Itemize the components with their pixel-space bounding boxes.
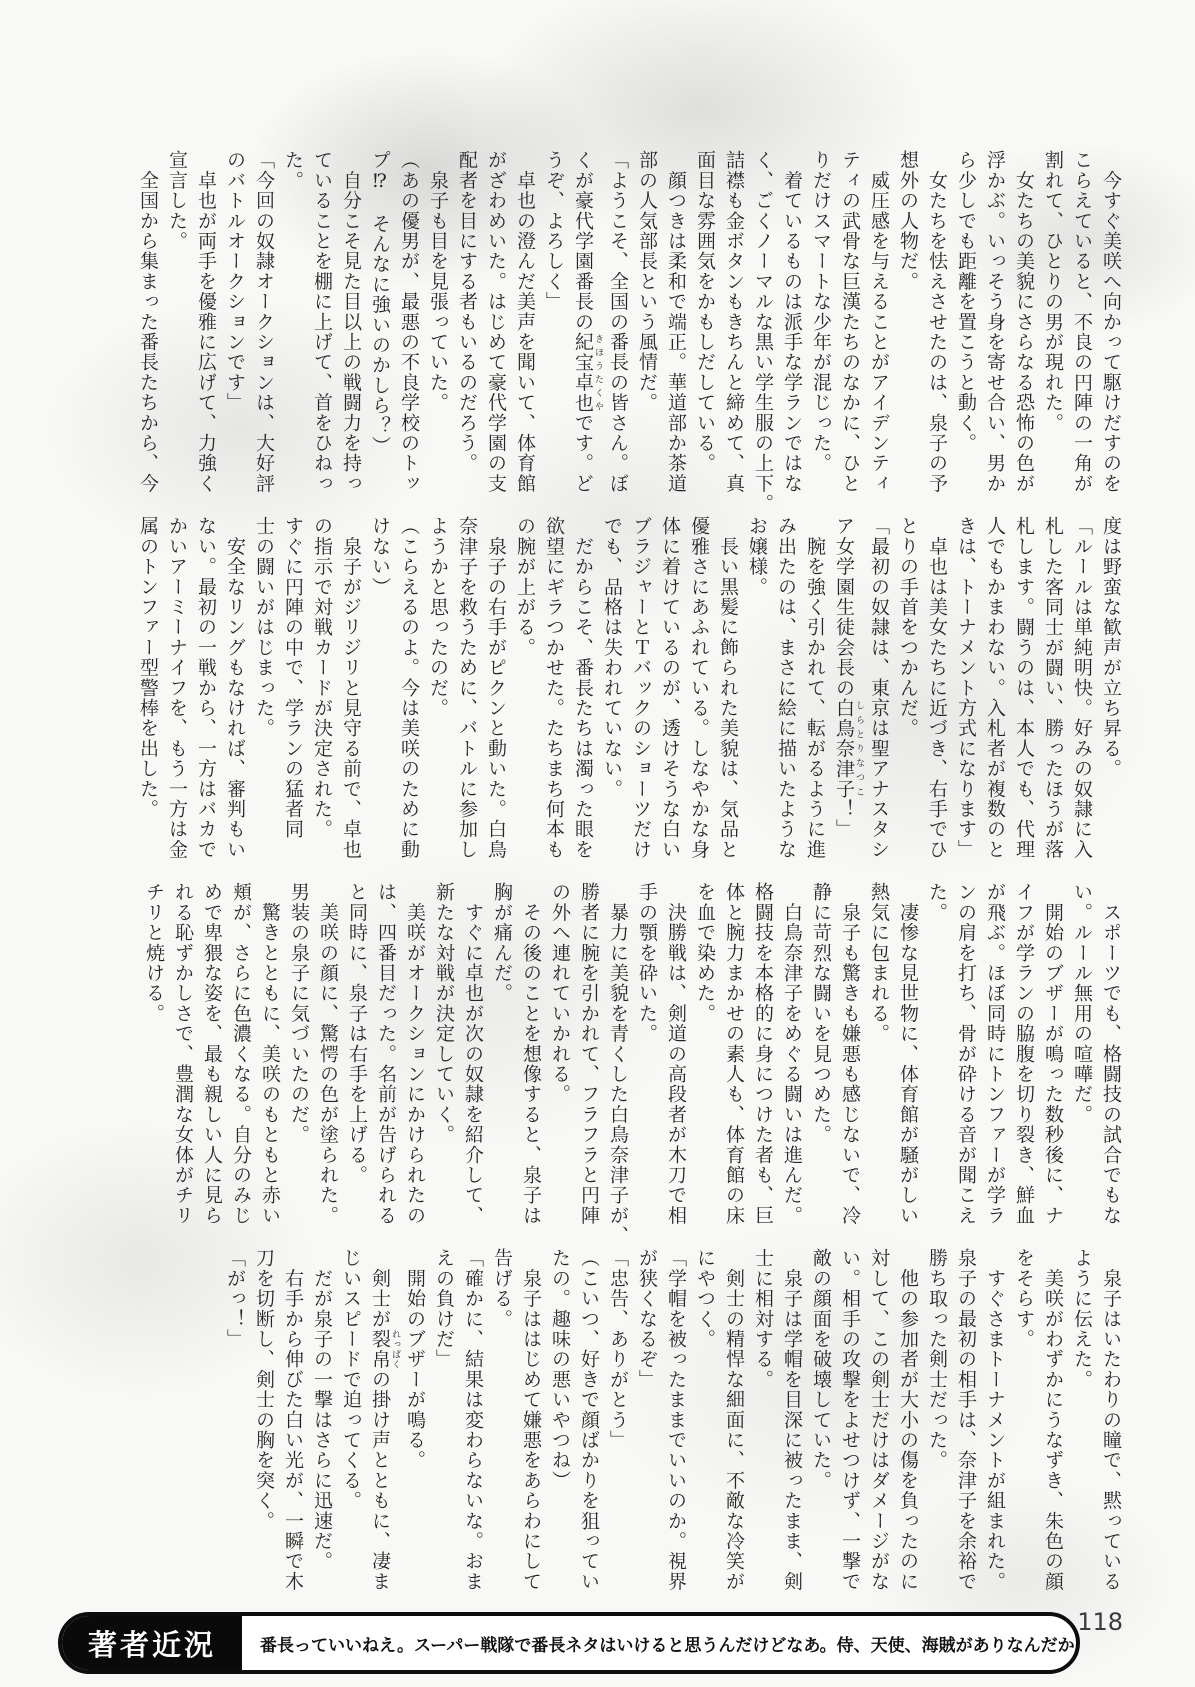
text-column: プ⁉ そんなに強いのかしら？） — [365, 150, 394, 496]
text-column: にやつく。 — [690, 1248, 719, 1594]
text-column: 人でもかまわない。入札者が複数のと — [980, 516, 1009, 862]
text-column: 割れて、ひとりの男が現れた。 — [1038, 150, 1067, 496]
text-column: 配者を目にする者もいるのだろう。 — [452, 150, 481, 496]
text-column: イフが学ランの脇腹を切り裂き、鮮血 — [1009, 882, 1038, 1228]
text-column: 「がっ！」 — [220, 1248, 249, 1594]
text-column: 欲望にギラつかせた。たちまち何本も — [539, 516, 568, 862]
text-column: 浮かぶ。いっそう身を寄せ合い、男か — [980, 150, 1009, 496]
text-column: 度は野蛮な歓声が立ち昇る。 — [1096, 516, 1125, 862]
text-column: を血で染めた。 — [690, 882, 719, 1228]
text-column: 卓也の澄んだ美声を聞いて、体育館 — [510, 150, 539, 496]
text-column: 凄惨な見世物に、体育館が騒がしい — [893, 882, 922, 1228]
text-column: 優雅さにあふれている。しなやかな身 — [684, 516, 713, 862]
text-column: の腕が上がる。 — [510, 516, 539, 862]
text-column: すぐさまトーナメントが組まれた。 — [980, 1248, 1009, 1594]
text-column: と同時に、泉子は右手を上げる。 — [342, 882, 371, 1228]
text-column: ンの肩を打ち、骨が砕ける音が聞こえ — [951, 882, 980, 1228]
text-column: い。相手の攻撃をよせつけず、一撃で — [835, 1248, 864, 1594]
text-column: は、四番目だった。名前が告げられる — [371, 882, 400, 1228]
text-column: 士に相対する。 — [748, 1248, 777, 1594]
text-column: の外へ連れていかれる。 — [545, 882, 574, 1228]
text-column: 面目な雰囲気をかもしだしている。 — [690, 150, 719, 496]
text-column: 右手から伸びた白い光が、一瞬で木 — [278, 1248, 307, 1594]
text-column: 美咲の顔に、驚愕の色が塗られた。 — [313, 882, 342, 1228]
text-column: 新たな対戦が決定していく。 — [429, 882, 458, 1228]
text-column: 泉子の右手がピクンと動いた。白鳥 — [481, 516, 510, 862]
text-column: 今すぐ美咲へ向かって駆けだすのを — [1096, 150, 1125, 496]
text-column: 剣士の精悍な細面に、不敵な冷笑が — [719, 1248, 748, 1594]
text-column: りだけスマートな少年が混じった。 — [806, 150, 835, 496]
text-column: 想外の人物だ。 — [893, 150, 922, 496]
text-column: お嬢様。 — [742, 516, 771, 862]
text-column: （こらえるのよ。今は美咲のために動 — [394, 516, 423, 862]
text-column: く、ごくノーマルな黒い学生服の上下。 — [748, 150, 777, 496]
page-number: 118 — [1077, 1608, 1123, 1636]
text-column: 美咲がわずかにうなずき、朱色の顔 — [1038, 1248, 1067, 1594]
text-column: 手の顎を砕いた。 — [632, 882, 661, 1228]
text-column: 女たちを怯えさせたのは、泉子の予 — [922, 150, 951, 496]
text-column: 札した客同士が闘い、勝ったほうが落 — [1038, 516, 1067, 862]
text-column: ブラジャーとＴバックのショーツだけ — [626, 516, 655, 862]
text-band-4: 泉子はいたわりの瞳で、黙っているように伝えた。 美咲がわずかにうなずき、朱色の顔… — [220, 1248, 1125, 1594]
text-column: 開始のブザーが鳴る。 — [400, 1248, 429, 1594]
text-column: 女たちの美貌にさらなる恐怖の色が — [1009, 150, 1038, 496]
text-column: 奈津子を救うために、バトルに参加し — [452, 516, 481, 862]
text-column: 驚きとともに、美咲のもともと赤い — [255, 882, 284, 1228]
text-column: 詰襟も金ボタンもきちんと締めて、真 — [719, 150, 748, 496]
text-column: チリと焼ける。 — [139, 882, 168, 1228]
text-column: ら少しでも距離を置こうと動く。 — [951, 150, 980, 496]
text-column: 顔つきは柔和で端正。華道部か茶道 — [661, 150, 690, 496]
text-column: 他の参加者が大小の傷を負ったのに — [893, 1248, 922, 1594]
text-column: 男装の泉子に気づいたのだ。 — [284, 882, 313, 1228]
text-column: その後のことを想像すると、泉子は — [516, 882, 545, 1228]
text-column: きは、トーナメント方式になります」 — [951, 516, 980, 862]
text-column: だが泉子の一撃はさらに迅速だ。 — [307, 1248, 336, 1594]
text-column: すぐに円陣の中で、学ランの猛者同 — [278, 516, 307, 862]
text-column: をそらす。 — [1009, 1248, 1038, 1594]
text-column: ように伝えた。 — [1067, 1248, 1096, 1594]
text-column: 勝ち取った剣士だった。 — [922, 1248, 951, 1594]
text-column: 泉子がジリジリと見守る前で、卓也 — [336, 516, 365, 862]
text-column: かいアーミーナイフを、もう一方は金 — [162, 516, 191, 862]
text-column: 刀を切断し、剣士の胸を突く。 — [249, 1248, 278, 1594]
text-column: が飛ぶ。ほぼ同時にトンファーが学ラ — [980, 882, 1009, 1228]
text-column: じいスピードで迫ってくる。 — [336, 1248, 365, 1594]
author-note-label: 著者近況 — [62, 1616, 242, 1670]
text-column: ようかと思ったのだ。 — [423, 516, 452, 862]
text-column: たの。趣味の悪いやつね） — [545, 1248, 574, 1594]
text-column: 札します。闘うのは、本人でも、代理 — [1009, 516, 1038, 862]
text-column: の指示で対戦カードが決定された。 — [307, 516, 336, 862]
text-band-1: 今すぐ美咲へ向かって駆けだすのをこらえていると、不良の円陣の一角が割れて、ひとり… — [133, 150, 1125, 496]
text-column: 士の闘いがはじまった。 — [249, 516, 278, 862]
text-column: 暴力に美貌を青くした白鳥奈津子が、 — [603, 882, 632, 1228]
text-column: 美咲がオークションにかけられたの — [400, 882, 429, 1228]
text-column: 勝者に腕を引かれて、フラフラと円陣 — [574, 882, 603, 1228]
text-column: ていることを棚に上げて、首をひねっ — [307, 150, 336, 496]
text-column: 格闘技を本格的に身につけた者も、巨 — [748, 882, 777, 1228]
text-column: 長い黒髪に飾られた美貌は、気品と — [713, 516, 742, 862]
text-column: くが豪代学園番長の紀宝卓也きほうたくやです。ど — [568, 150, 603, 496]
text-column: （こいつ、好きで顔ばかりを狙ってい — [574, 1248, 603, 1594]
text-column: ティの武骨な巨漢たちのなかに、ひと — [835, 150, 864, 496]
text-column: えの負けだ」 — [429, 1248, 458, 1594]
text-column: 「最初の奴隷は、東京は聖アナスタシ — [864, 516, 893, 862]
text-column: がざわめいた。はじめて豪代学園の支 — [481, 150, 510, 496]
text-column: 自分こそ見た目以上の戦闘力を持っ — [336, 150, 365, 496]
text-column: 部の人気部長という風情だ。 — [632, 150, 661, 496]
text-column: た。 — [278, 150, 307, 496]
text-column: でも、品格は失われていない。 — [597, 516, 626, 862]
text-column: 「忠告、ありがとう」 — [603, 1248, 632, 1594]
text-column: 卓也が両手を優雅に広げて、力強く — [191, 150, 220, 496]
text-column: 泉子の最初の相手は、奈津子を余裕で — [951, 1248, 980, 1594]
text-column: めで卑猥な姿を、最も親しい人に見ら — [197, 882, 226, 1228]
text-column: けない） — [365, 516, 394, 862]
text-column: 属のトンファー型警棒を出した。 — [133, 516, 162, 862]
text-column: 決勝戦は、剣道の高段者が木刀で相 — [661, 882, 690, 1228]
text-column: 熱気に包まれる。 — [864, 882, 893, 1228]
text-column: 「今回の奴隷オークションは、大好評 — [249, 150, 278, 496]
text-column: 敵の顔面を破壊していた。 — [806, 1248, 835, 1594]
text-column: 対して、この剣士だけはダメージがな — [864, 1248, 893, 1594]
text-column: うぞ、よろしく」 — [539, 150, 568, 496]
text-column: が狭くなるぞ」 — [632, 1248, 661, 1594]
text-column: ない。最初の一戦から、一方はバカで — [191, 516, 220, 862]
text-column: ア女学園生徒会長の白鳥奈津子しらとりなつこ！」 — [829, 516, 864, 862]
text-column: 「ルールは単純明快。好みの奴隷に入 — [1067, 516, 1096, 862]
text-column: れる恥ずかしさで、豊潤な女体がチリ — [168, 882, 197, 1228]
text-column: 卓也は美女たちに近づき、右手でひ — [922, 516, 951, 862]
novel-page: 今すぐ美咲へ向かって駆けだすのをこらえていると、不良の円陣の一角が割れて、ひとり… — [0, 0, 1195, 1687]
author-note-bar: 著者近況 番長っていいねえ。スーパー戦隊で番長ネタはいけると思うんだけどなあ。侍… — [58, 1612, 1080, 1674]
text-column: 全国から集まった番長たちから、今 — [133, 150, 162, 496]
text-column: 体に着けているのが、透けそうな白い — [655, 516, 684, 862]
text-column: 「学帽を被ったままでいいのか。視界 — [661, 1248, 690, 1594]
text-column: スポーツでも、格闘技の試合でもな — [1096, 882, 1125, 1228]
text-column: 着ているものは派手な学ランではな — [777, 150, 806, 496]
text-column: 胸が痛んだ。 — [487, 882, 516, 1228]
text-column: だからこそ、番長たちは濁った眼を — [568, 516, 597, 862]
text-column: 泉子も驚きも嫌悪も感じないで、冷 — [835, 882, 864, 1228]
text-column: 白鳥奈津子をめぐる闘いは進んだ。 — [777, 882, 806, 1228]
text-column: こらえていると、不良の円陣の一角が — [1067, 150, 1096, 496]
text-column: 泉子も目を見張っていた。 — [423, 150, 452, 496]
text-column: 宣言した。 — [162, 150, 191, 496]
text-column: のバトルオークションです」 — [220, 150, 249, 496]
text-column: た。 — [922, 882, 951, 1228]
text-column: 告げる。 — [487, 1248, 516, 1594]
text-column: い。ルール無用の喧嘩だ。 — [1067, 882, 1096, 1228]
text-column: 泉子は学帽を目深に被ったまま、剣 — [777, 1248, 806, 1594]
text-column: とりの手首をつかんだ。 — [893, 516, 922, 862]
text-column: 頬が、さらに色濃くなる。自分のみじ — [226, 882, 255, 1228]
text-column: 剣士が裂帛れっぱくの掛け声とともに、凄ま — [365, 1248, 400, 1594]
text-column: 泉子はいたわりの瞳で、黙っている — [1096, 1248, 1125, 1594]
text-column: 静に苛烈な闘いを見つめた。 — [806, 882, 835, 1228]
text-column: すぐに卓也が次の奴隷を紹介して、 — [458, 882, 487, 1228]
text-column: 体と腕力まかせの素人も、体育館の床 — [719, 882, 748, 1228]
text-band-3: スポーツでも、格闘技の試合でもない。ルール無用の喧嘩だ。 開始のブザーが鳴った数… — [139, 882, 1125, 1228]
text-column: 「確かに、結果は変わらないな。おま — [458, 1248, 487, 1594]
text-column: 腕を強く引かれて、転がるように進 — [800, 516, 829, 862]
text-column: 「ようこそ、全国の番長の皆さん。ぼ — [603, 150, 632, 496]
text-column: 威圧感を与えることがアイデンティ — [864, 150, 893, 496]
text-column: 開始のブザーが鳴った数秒後に、ナ — [1038, 882, 1067, 1228]
text-column: 安全なリングもなければ、審判もい — [220, 516, 249, 862]
text-column: 泉子ははじめて嫌悪をあらわにして — [516, 1248, 545, 1594]
text-band-2: 度は野蛮な歓声が立ち昇る。「ルールは単純明快。好みの奴隷に入札した客同士が闘い、… — [133, 516, 1125, 862]
author-note-text: 番長っていいねえ。スーパー戦隊で番長ネタはいけると思うんだけどなあ。侍、天使、海… — [242, 1616, 1076, 1670]
text-column: （あの優男が、最悪の不良学校のトッ — [394, 150, 423, 496]
text-column: み出たのは、まさに絵に描いたような — [771, 516, 800, 862]
